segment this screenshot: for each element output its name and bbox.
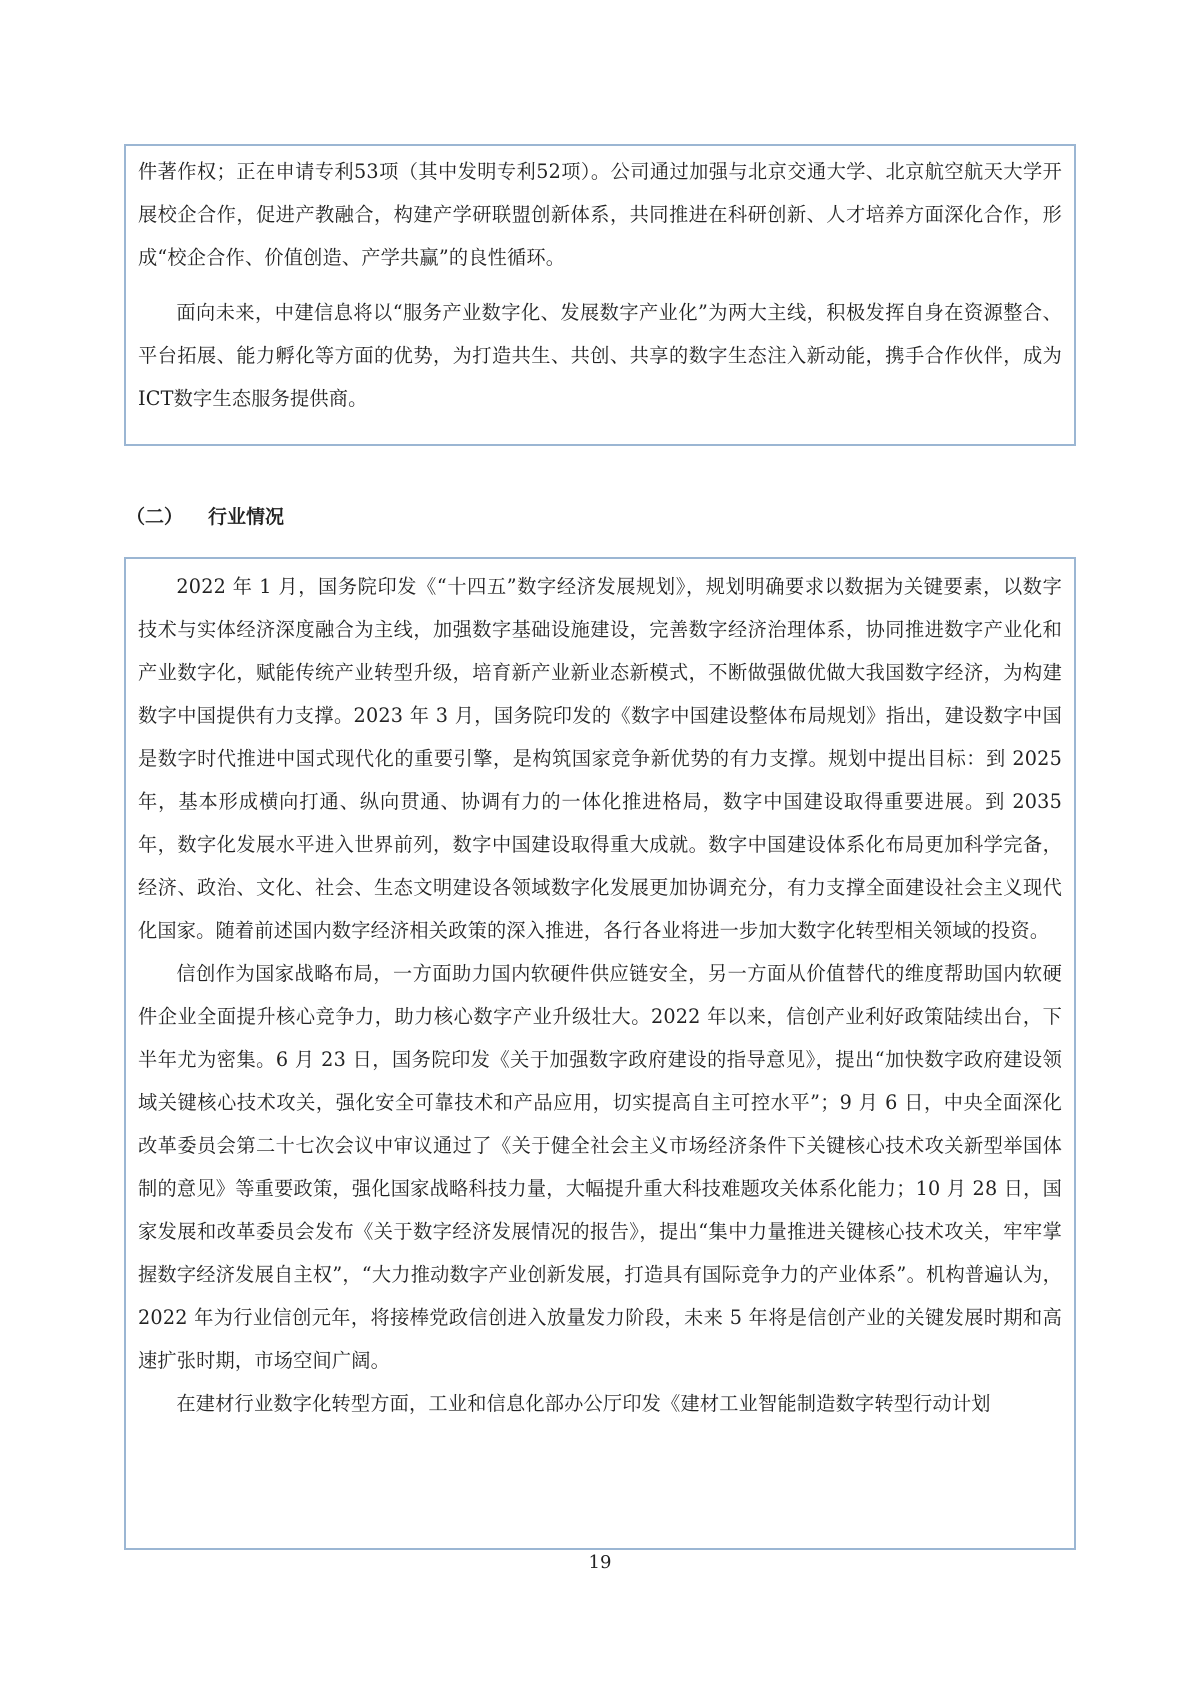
industry-situation-box: 2022 年 1 月，国务院印发《“十四五”数字经济发展规划》，规划明确要求以数…	[124, 557, 1076, 1550]
paragraph-patents: 件著作权；正在申请专利53项（其中发明专利52项）。公司通过加强与北京交通大学、…	[138, 150, 1062, 279]
section-heading: （二）行业情况	[126, 502, 284, 529]
section-title: 行业情况	[208, 506, 284, 528]
paragraph-xinchuang: 信创作为国家战略布局，一方面助力国内软硬件供应链安全，另一方面从价值替代的维度帮…	[138, 952, 1062, 1382]
company-overview-box: 件著作权；正在申请专利53项（其中发明专利52项）。公司通过加强与北京交通大学、…	[124, 144, 1076, 446]
page-number: 19	[0, 1552, 1200, 1573]
section-number: （二）	[126, 502, 208, 529]
paragraph-building-materials: 在建材行业数字化转型方面，工业和信息化部办公厅印发《建材工业智能制造数字转型行动…	[138, 1382, 1062, 1425]
paragraph-future-outlook: 面向未来，中建信息将以“服务产业数字化、发展数字产业化”为两大主线，积极发挥自身…	[138, 291, 1062, 420]
paragraph-digital-economy-policy: 2022 年 1 月，国务院印发《“十四五”数字经济发展规划》，规划明确要求以数…	[138, 565, 1062, 952]
